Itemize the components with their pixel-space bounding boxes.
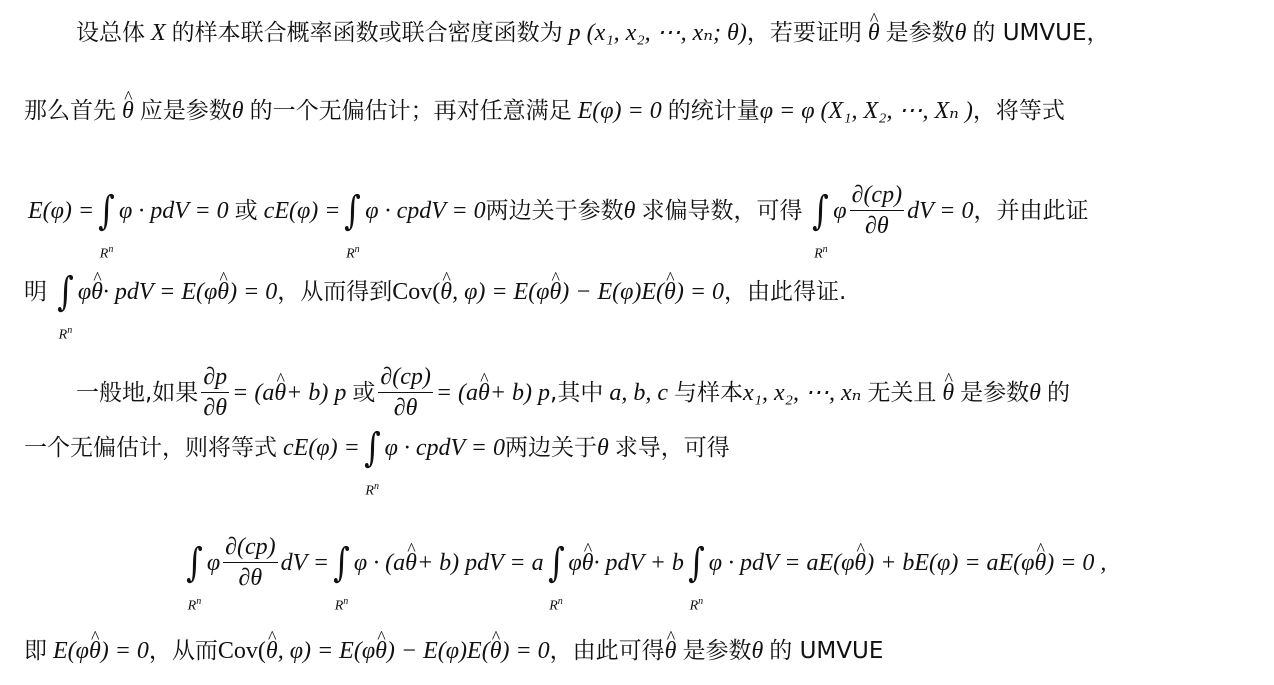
math: + b) p [286, 378, 346, 408]
p2-line1: 一般地,如果 ∂p∂θ = (a θ + b) p 或 ∂(cp)∂θ = (a… [76, 362, 1070, 423]
covariance: Cov( [218, 636, 266, 666]
math: φ · cpdV = 0 [365, 196, 485, 226]
text: 无关且 [867, 378, 936, 408]
p2-line2: 一个无偏估计，则将等式 cE(φ) = ∫Rn φ · cpdV = 0 两边关… [24, 428, 730, 468]
text: ，由此可得 [550, 636, 665, 666]
p1-line1: 设总体 X 的样本联合概率函数或联合密度函数为 p (x₁, x₂, ⋯, xₙ… [76, 18, 1110, 48]
partial-derivative-fraction: ∂(cp)∂θ [223, 532, 278, 593]
integral-sign: ∫Rn [546, 543, 567, 583]
p1-line3: E(φ) = ∫Rn φ · pdV = 0 或 cE(φ) = ∫Rn φ ·… [28, 180, 1089, 241]
math: ) = 0 [229, 277, 277, 307]
integral-sign: ∫Rn [362, 428, 383, 468]
theta-hat: θ [664, 277, 676, 307]
theta-hat: θ [274, 378, 286, 408]
integral-sign: ∫Rn [184, 543, 205, 583]
partial-derivative-fraction: ∂(cp)∂θ [850, 180, 905, 241]
text: 明 [24, 277, 47, 307]
theta-hat: θ [405, 548, 417, 578]
text: 与样本 [674, 378, 743, 408]
math: dV = [281, 548, 329, 578]
text: 的 [1047, 378, 1070, 408]
theta-hat: θ [440, 277, 452, 307]
phi: φ [78, 277, 91, 307]
phi: φ [568, 548, 581, 578]
text: 两边关于参数 [486, 196, 624, 226]
math: ) = 0 [101, 636, 149, 666]
var-X: X [151, 18, 166, 48]
integral-sign: ∫Rn [342, 191, 363, 231]
theta: θ [1029, 378, 1041, 408]
math: cE(φ) = [283, 433, 360, 463]
theta-hat: θ [375, 636, 387, 666]
theta-hat: θ [942, 378, 954, 408]
text: 那么首先 [24, 96, 116, 126]
math: φ · pdV = 0 [119, 196, 229, 226]
text: 即 [24, 636, 47, 666]
math: φ · pdV = aE(φ [709, 548, 855, 578]
partial-derivative-fraction: ∂(cp)∂θ [378, 362, 433, 423]
sample: x₁, x₂, ⋯, xₙ [743, 378, 861, 408]
math: E(φ [53, 636, 89, 666]
text: 应是参数 [140, 96, 232, 126]
text: ，从而 [149, 636, 218, 666]
display-equation: ∫Rn φ ∂(cp)∂θ dV = ∫Rn φ · (a θ + b) pdV… [182, 532, 1106, 593]
math: , φ) = E(φ [278, 636, 375, 666]
math: cE(φ) = [264, 196, 341, 226]
math: E(φ) = [28, 196, 94, 226]
text: ,其中 [550, 378, 603, 408]
math: · pdV = E(φ [103, 277, 217, 307]
phi: φ [833, 196, 846, 226]
theta-hat: θ [266, 636, 278, 666]
math: ) = 0 [676, 277, 724, 307]
theta-hat: θ [91, 277, 103, 307]
constants: a, b, c [609, 378, 668, 408]
phi: φ [207, 548, 220, 578]
math: dV = 0 [907, 196, 973, 226]
text: 的统计量 [668, 96, 760, 126]
text: ，将等式 [973, 96, 1065, 126]
math: φ · (a [354, 548, 405, 578]
text: 求导，可得 [615, 433, 730, 463]
theta-hat: θ [549, 277, 561, 307]
math: = (a [232, 378, 274, 408]
text: ，并由此证 [974, 196, 1089, 226]
math: ) − E(φ)E( [387, 636, 490, 666]
theta: θ [624, 196, 636, 226]
text: 的 UMVUE， [972, 18, 1109, 48]
text: ，由此得证. [724, 277, 846, 307]
text: 是参数 [960, 378, 1029, 408]
partial-derivative-fraction: ∂p∂θ [201, 362, 229, 423]
theta-hat: θ [1034, 548, 1046, 578]
text: ，若要证明 [747, 18, 862, 48]
theta-hat: θ [665, 636, 677, 666]
text: 一个无偏估计，则将等式 [24, 433, 277, 463]
text: 一般地,如果 [76, 378, 198, 408]
math: = (a [436, 378, 478, 408]
math: ) + bE(φ) = aE(φ [866, 548, 1034, 578]
text: 是参数 [886, 18, 955, 48]
math: · pdV + b [594, 548, 684, 578]
text: 设总体 [76, 18, 145, 48]
text: 或 [235, 196, 258, 226]
p1-line4: 明 ∫Rn φ θ · pdV = E(φ θ ) = 0 ，从而得到 Cov(… [24, 272, 846, 312]
theta-hat: θ [478, 378, 490, 408]
math: φ · cpdV = 0 [385, 433, 505, 463]
conclusion-line: 即 E(φ θ ) = 0 ，从而 Cov( θ , φ) = E(φ θ ) … [24, 636, 883, 666]
text: 的样本联合概率函数或联合密度函数为 [172, 18, 563, 48]
integral-sign: ∫Rn [810, 191, 831, 231]
theta-hat: θ [582, 548, 594, 578]
p1-line2: 那么首先 θ 应是参数 θ 的一个无偏估计；再对任意满足 E(φ) = 0 的统… [24, 96, 1065, 126]
theta-hat: θ [868, 18, 880, 48]
theta: θ [232, 96, 244, 126]
theta-hat: θ [490, 636, 502, 666]
pdf-expression: p (x₁, x₂, ⋯, xₙ; θ) [569, 18, 747, 48]
covariance: Cov( [392, 277, 440, 307]
theta-hat: θ [217, 277, 229, 307]
text: 求偏导数，可得 [641, 196, 802, 226]
integral-sign: ∫Rn [331, 543, 352, 583]
theta: θ [955, 18, 967, 48]
theta-hat: θ [89, 636, 101, 666]
integral-sign: ∫Rn [686, 543, 707, 583]
text: 两边关于 [505, 433, 597, 463]
expectation-condition: E(φ) = 0 [578, 96, 662, 126]
text: 是参数 [682, 636, 751, 666]
theta-hat: θ [854, 548, 866, 578]
math: ) − E(φ)E( [561, 277, 664, 307]
integral-sign: ∫Rn [55, 272, 76, 312]
statistic-definition: φ = φ (X₁, X₂, ⋯, Xₙ ) [760, 96, 973, 126]
theta: θ [597, 433, 609, 463]
integral-sign: ∫Rn [96, 191, 117, 231]
math: , φ) = E(φ [452, 277, 549, 307]
math: + b) pdV = a [417, 548, 544, 578]
text: ，从而得到 [277, 277, 392, 307]
text: 的 UMVUE [769, 636, 883, 666]
text: 的一个无偏估计；再对任意满足 [250, 96, 572, 126]
theta: θ [751, 636, 763, 666]
math: ) = 0 [501, 636, 549, 666]
math: + b) p [490, 378, 550, 408]
text: 或 [352, 378, 375, 408]
theta-hat: θ [122, 96, 134, 126]
math: ) = 0 , [1046, 548, 1106, 578]
